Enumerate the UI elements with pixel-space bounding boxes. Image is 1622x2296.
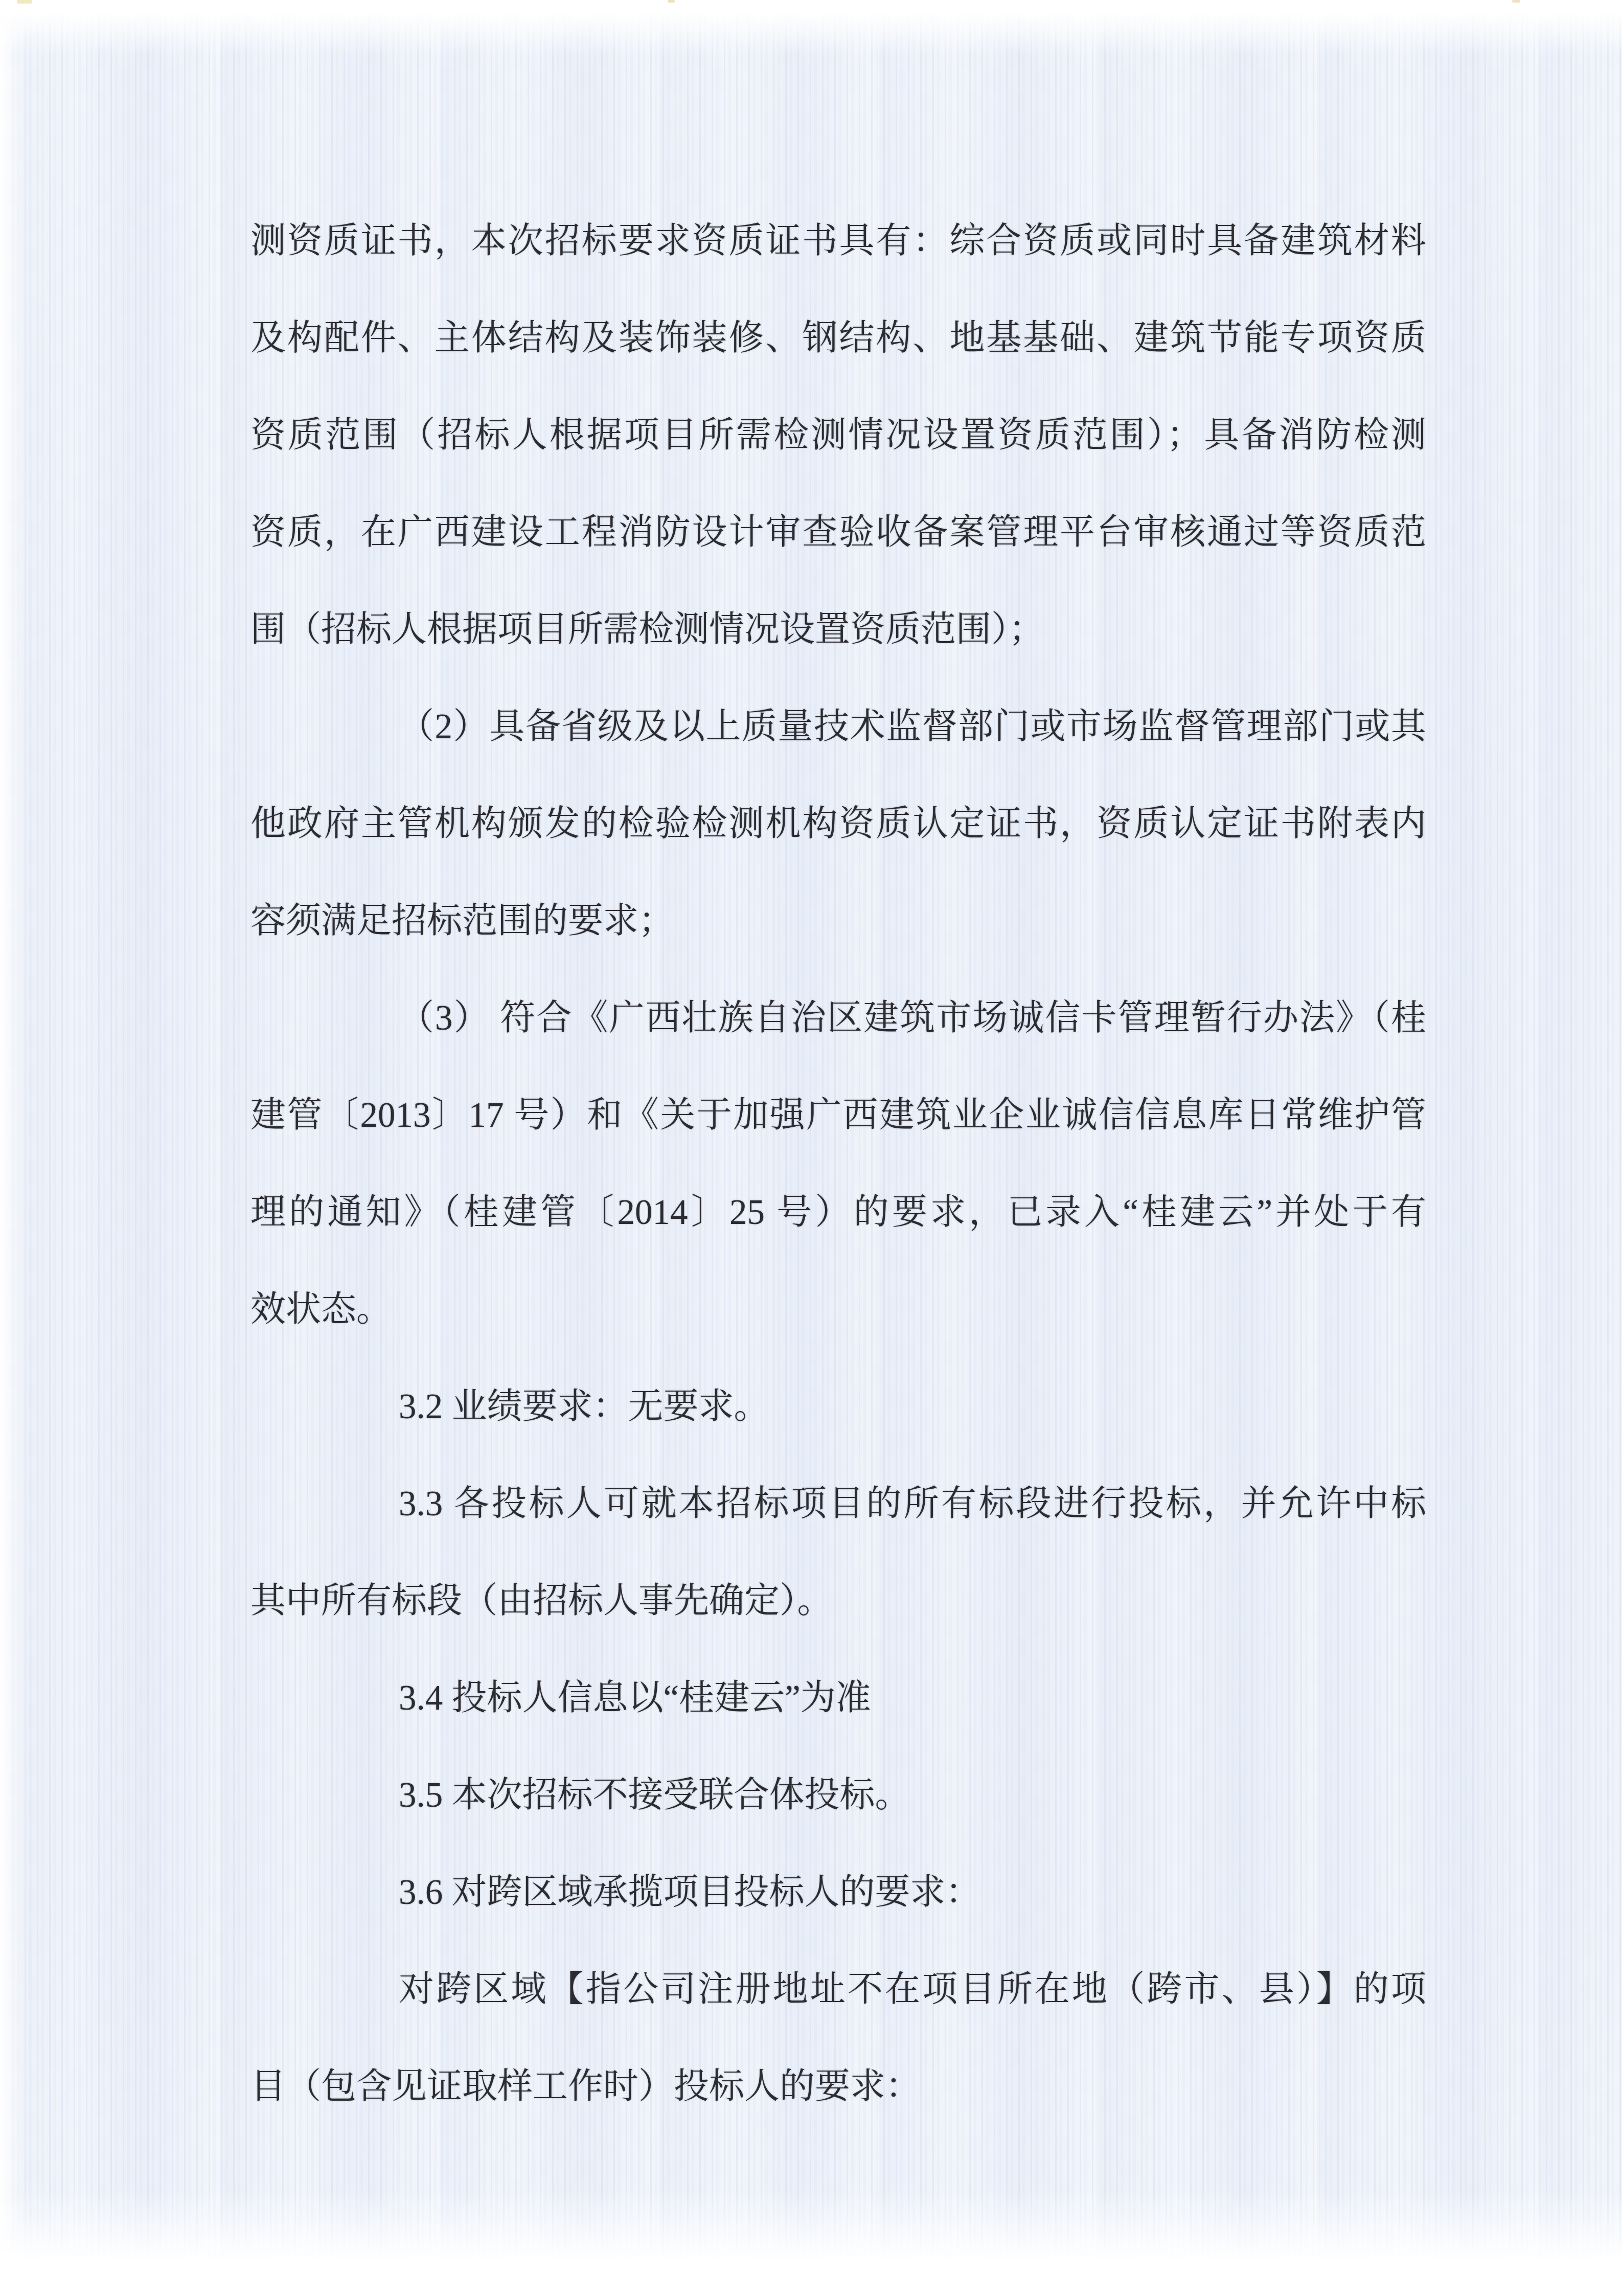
- page-body: 测资质证书，本次招标要求资质证书具有：综合资质或同时具备建筑材料及构配件、主体结…: [250, 192, 1426, 2135]
- text-line: 资质范围（招标人根据项目所需检测情况设置资质范围）；具备消防检测: [250, 387, 1426, 484]
- text-line: 容须满足招标范围的要求；: [250, 872, 1426, 969]
- text-line: 围（招标人根据项目所需检测情况设置资质范围）；: [250, 581, 1426, 678]
- text-line: 效状态。: [250, 1261, 1426, 1358]
- text-line: 测资质证书，本次招标要求资质证书具有：综合资质或同时具备建筑材料: [250, 192, 1426, 289]
- text-line: 及构配件、主体结构及装饰装修、钢结构、地基基础、建筑节能专项资质: [250, 289, 1426, 387]
- document-page: 测资质证书，本次招标要求资质证书具有：综合资质或同时具备建筑材料及构配件、主体结…: [0, 0, 1622, 2296]
- text-line: 3.4 投标人信息以“桂建云”为准: [399, 1649, 1426, 1746]
- text-line: 他政府主管机构颁发的检验检测机构资质认定证书，资质认定证书附表内: [250, 775, 1426, 872]
- text-line: 3.3 各投标人可就本招标项目的所有标段进行投标，并允许中标: [399, 1455, 1426, 1552]
- scan-speck: [1512, 0, 1520, 3]
- text-line: 3.6 对跨区域承揽项目投标人的要求：: [399, 1844, 1426, 1941]
- text-line: 理的通知》（桂建管〔2014〕25 号）的要求，已录入“桂建云”并处于有: [250, 1164, 1426, 1261]
- text-line: 建管〔2013〕17 号）和《关于加强广西建筑业企业诚信信息库日常维护管: [250, 1066, 1426, 1164]
- text-line: 3.5 本次招标不接受联合体投标。: [399, 1746, 1426, 1844]
- text-line: 其中所有标段（由招标人事先确定）。: [250, 1552, 1426, 1649]
- text-line: （3） 符合《广西壮族自治区建筑市场诚信卡管理暂行办法》（桂: [399, 969, 1426, 1066]
- text-line: 目（包含见证取样工作时）投标人的要求：: [250, 2038, 1426, 2135]
- scan-speck: [668, 0, 675, 3]
- text-line: 对跨区域【指公司注册地址不在项目所在地（跨市、县）】的项: [399, 1941, 1426, 2038]
- text-line: 资质，在广西建设工程消防设计审查验收备案管理平台审核通过等资质范: [250, 484, 1426, 581]
- scan-speck: [17, 0, 32, 4]
- text-line: 3.2 业绩要求：无要求。: [399, 1358, 1426, 1455]
- text-line: （2）具备省级及以上质量技术监督部门或市场监督管理部门或其: [399, 678, 1426, 775]
